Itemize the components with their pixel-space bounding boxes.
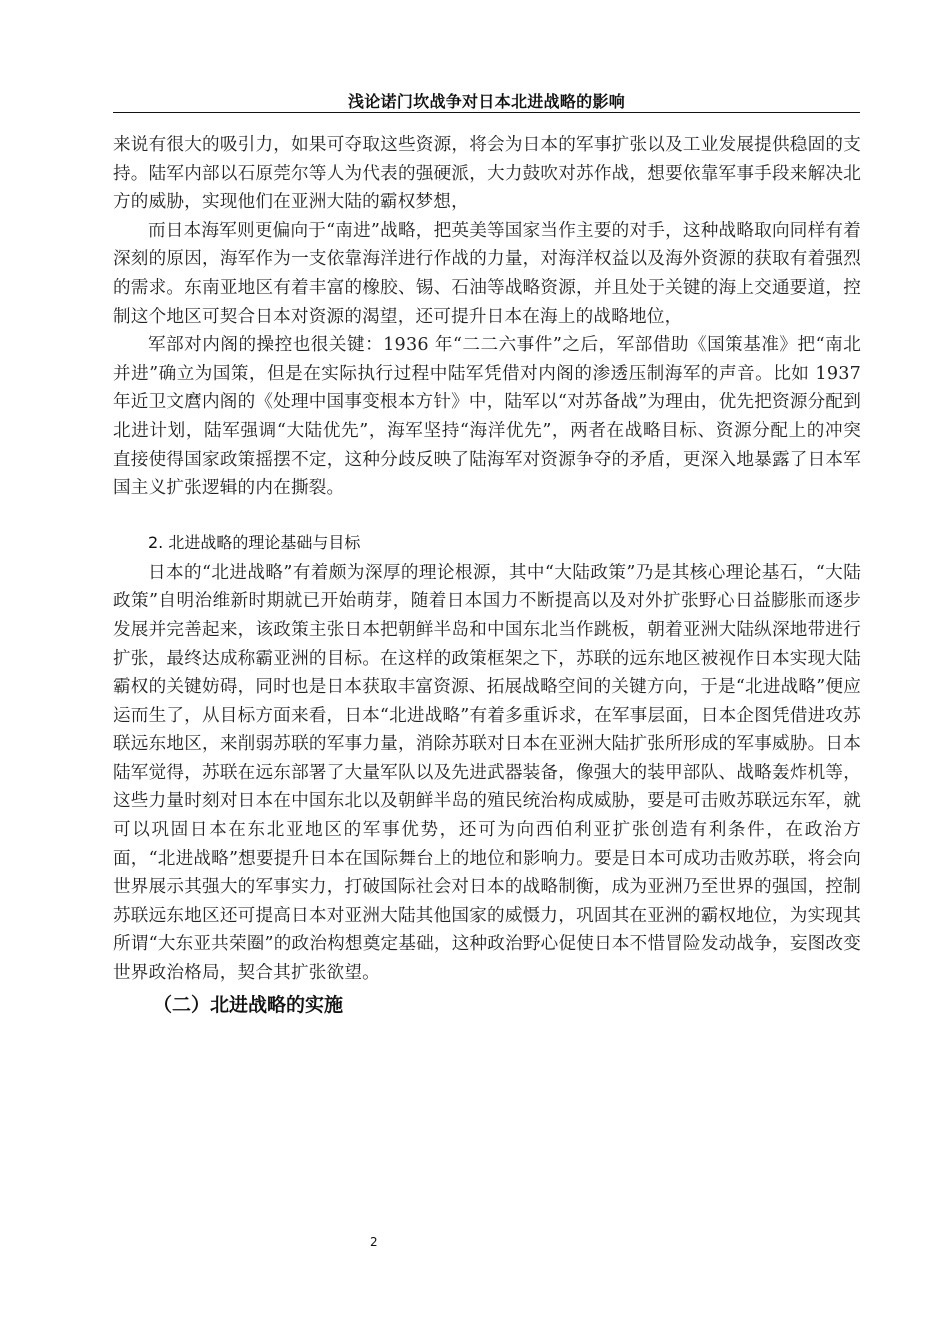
- page-number: 2: [370, 1235, 378, 1249]
- document-body: 来说有很大的吸引力，如果可夺取这些资源，将会为日本的军事扩张以及工业发展提供稳固…: [113, 131, 861, 1020]
- subsection-heading: 2. 北进战略的理论基础与目标: [148, 529, 861, 557]
- paragraph-theory-and-goals: 日本的“北进战略”有着颇为深厚的理论根源，其中“大陆政策”乃是其核心理论基石，“…: [113, 559, 861, 988]
- running-header-title: 浅论诺门坎战争对日本北进战略的影响: [348, 92, 625, 111]
- paragraph-cabinet-control: 军部对内阁的操控也很关键：1936 年“二二六事件”之后，军部借助《国策基准》把…: [113, 331, 861, 503]
- paragraph-navy-south-strategy: 而日本海军则更偏向于“南进”战略，把英美等国家当作主要的对手，这种战略取向同样有…: [113, 217, 861, 331]
- running-header: 浅论诺门坎战争对日本北进战略的影响: [113, 92, 860, 113]
- section-heading: （二）北进战略的实施: [153, 990, 861, 1020]
- paragraph-continued: 来说有很大的吸引力，如果可夺取这些资源，将会为日本的军事扩张以及工业发展提供稳固…: [113, 131, 861, 217]
